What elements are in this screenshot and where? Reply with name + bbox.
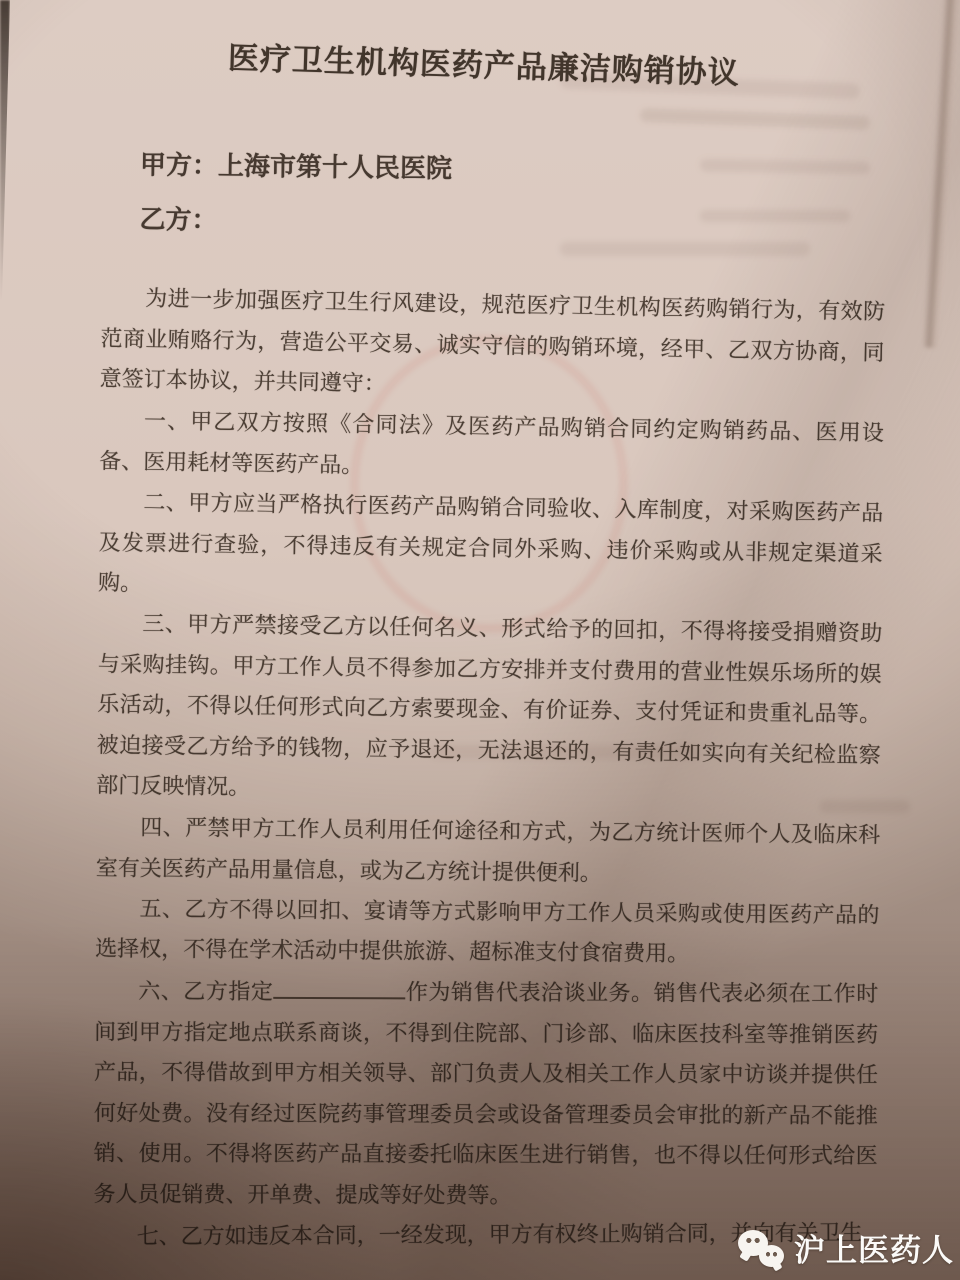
clause-paragraph: 一、甲乙双方按照《合同法》及医药产品购销合同约定购销药品、医用设备、医用耗材等医…	[99, 400, 884, 494]
clause-paragraph: 五、乙方不得以回扣、宴请等方式影响甲方工作人员采购或使用医药产品的选择权，不得在…	[95, 888, 880, 976]
clause-list: 为进一步加强医疗卫生行风建设，规范医疗卫生机构医药购销行为，有效防范商业贿赂行为…	[93, 281, 885, 1260]
party-b-label: 乙方：	[139, 205, 217, 235]
document-content: 医疗卫生机构医药产品廉洁购销协议 甲方：上海市第十人民医院 乙方： 为进一步加强…	[0, 0, 960, 1280]
fill-in-blank	[273, 974, 405, 998]
document-title: 医疗卫生机构医药产品廉洁购销协议	[3, 26, 960, 99]
watermark: 沪上医药人	[738, 1225, 954, 1270]
party-a-label: 甲方：	[140, 150, 218, 180]
clause-paragraph: 四、严禁甲方工作人员利用任何途径和方式，为乙方统计医师个人及临床科室有关医药产品…	[96, 807, 881, 896]
preamble-paragraph: 为进一步加强医疗卫生行风建设，规范医疗卫生机构医药购销行为，有效防范商业贿赂行为…	[99, 278, 885, 414]
wechat-icon	[738, 1227, 786, 1269]
watermark-text: 沪上医药人	[794, 1225, 954, 1270]
clause-paragraph: 二、甲方应当严格执行医药产品购销合同验收、入库制度，对采购医药产品及发票进行查验…	[98, 481, 884, 614]
document-photo: 医疗卫生机构医药产品廉洁购销协议 甲方：上海市第十人民医院 乙方： 为进一步加强…	[0, 0, 960, 1280]
party-a-value: 上海市第十人民医院	[218, 151, 452, 183]
party-b-row: 乙方：	[139, 199, 217, 237]
clause-paragraph: 六、乙方指定作为销售代表洽谈业务。销售代表必须在工作时间到甲方指定地点联系商谈，…	[94, 971, 879, 1217]
wechat-bubble-small	[759, 1245, 784, 1267]
clause-paragraph: 三、甲方严禁接受乙方以任何名义、形式给予的回扣，不得将接受捐赠资助与采购挂钩。甲…	[96, 603, 883, 816]
party-a-row: 甲方：上海市第十人民医院	[140, 144, 452, 185]
paper-sheet: 医疗卫生机构医药产品廉洁购销协议 甲方：上海市第十人民医院 乙方： 为进一步加强…	[0, 0, 960, 1280]
